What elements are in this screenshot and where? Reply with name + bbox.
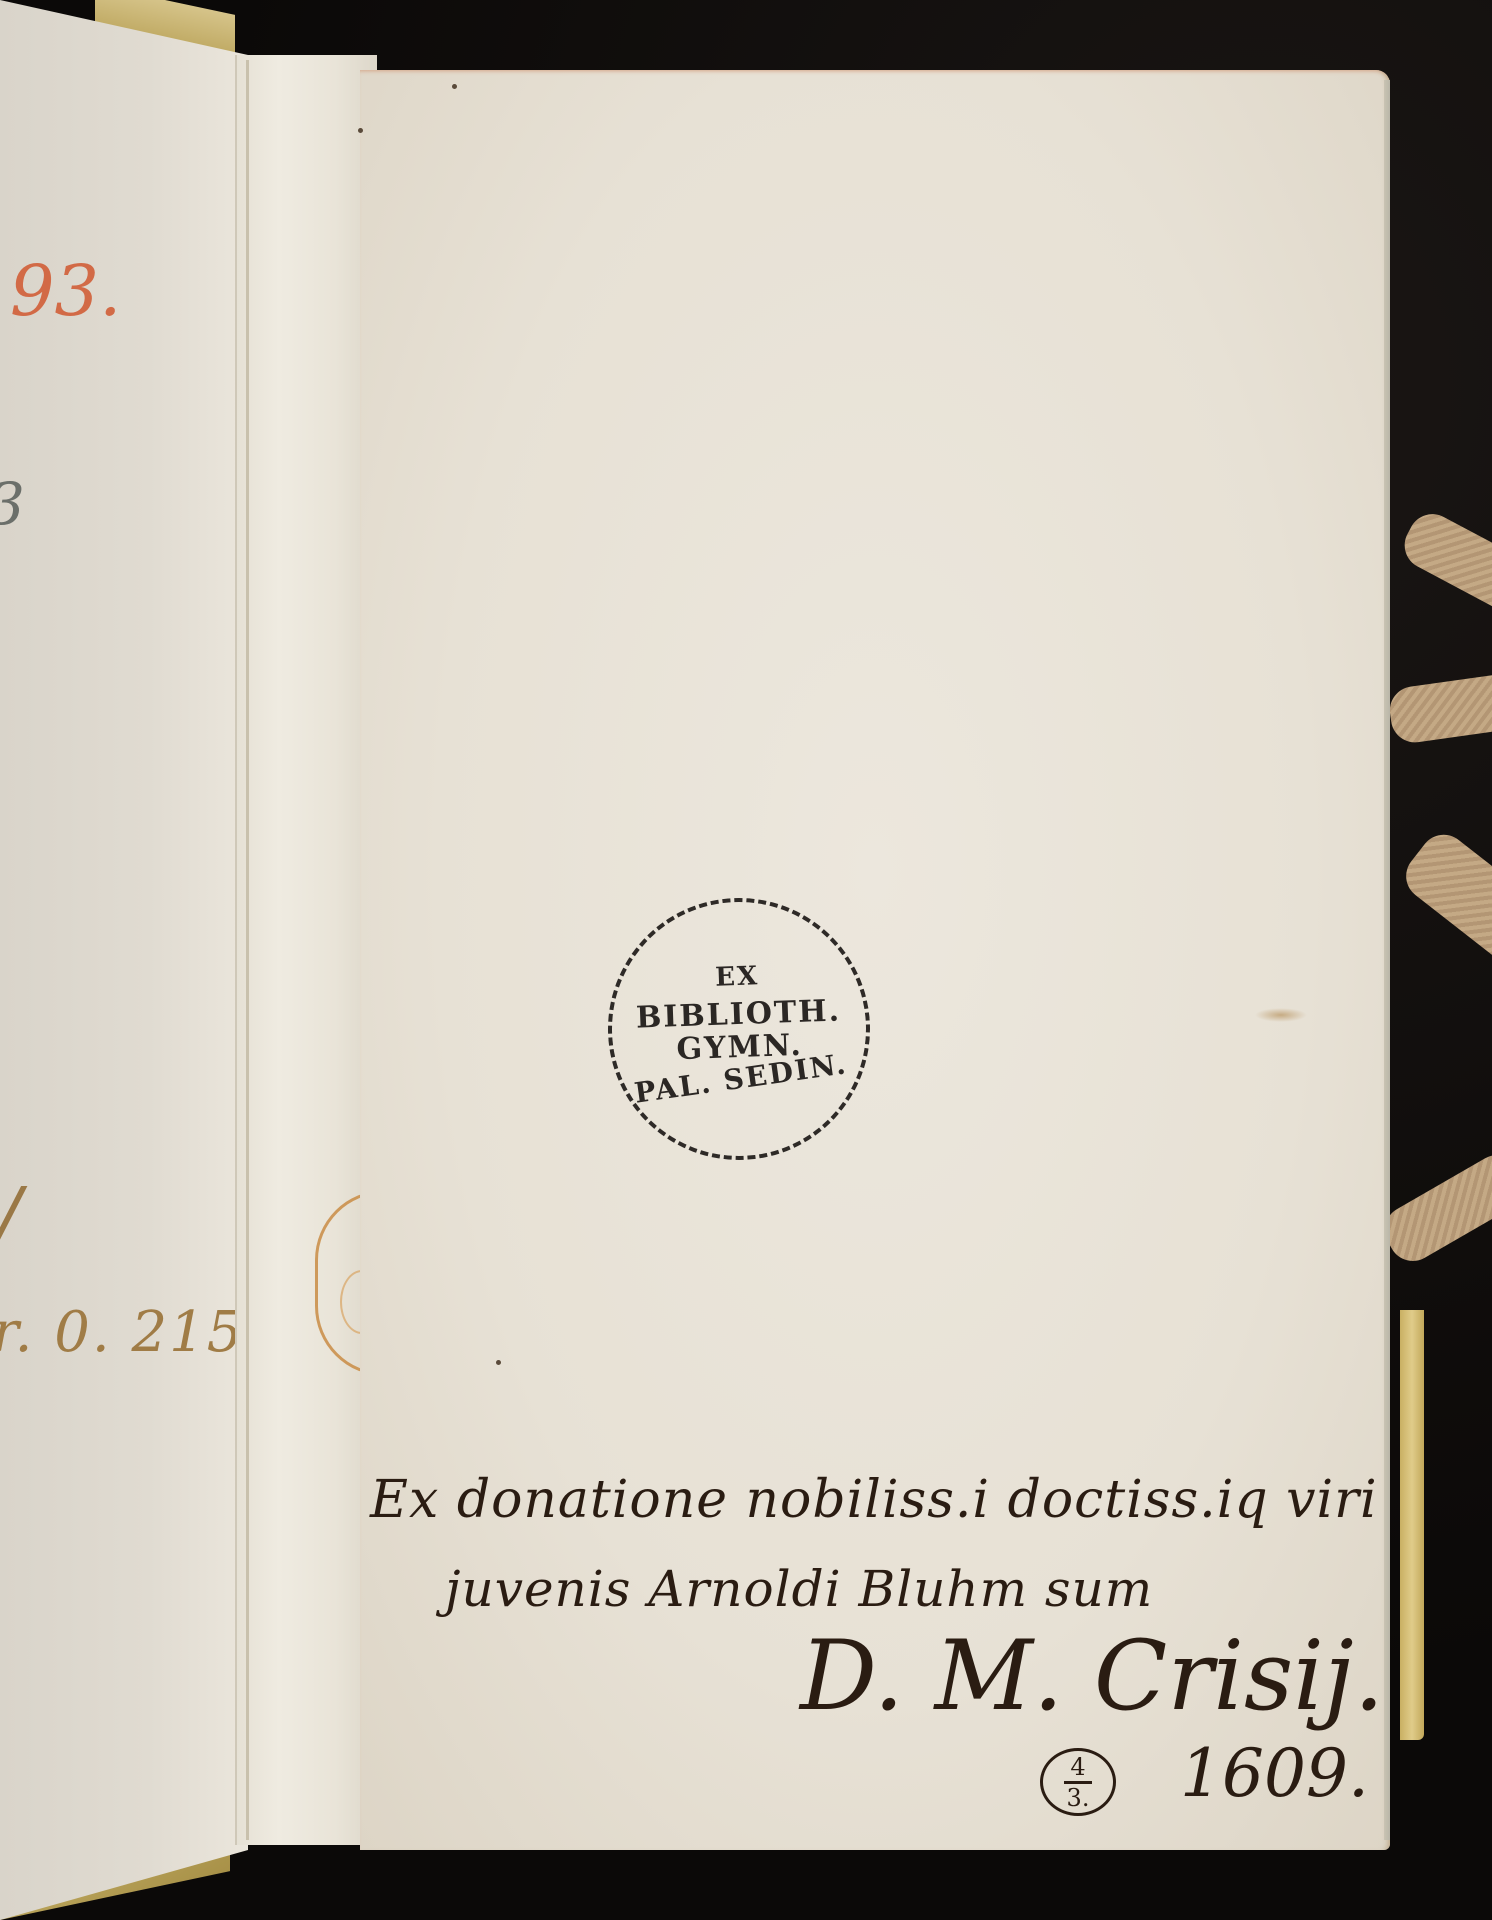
date-fraction-top: 4 [1070,1755,1085,1779]
page-block-edge [1384,80,1390,1840]
left-pastedown-page: 93. 3 / r. 0. 215. [0,0,248,1920]
ink-speck [496,1360,501,1365]
book-photograph: 93. 3 / r. 0. 215. EX BIBLIOTH. GYMN. PA… [0,0,1492,1920]
grey-pencil-mark: 3 [0,470,25,538]
vellum-cover-edge [1400,1310,1424,1740]
inscription-signature: D. M. Crisij. [800,1620,1384,1732]
ink-speck [358,128,363,133]
brown-shelfmark: r. 0. 215. [0,1300,264,1365]
red-shelfmark: 93. [10,250,121,332]
book-gutter [235,55,377,1845]
inscription-line-2: juvenis Arnoldi Bluhm sum [445,1560,1153,1618]
brown-ink-stroke: / [0,1170,21,1263]
date-fraction-bottom: 3. [1067,1786,1090,1810]
foxing-stain [1255,1008,1307,1022]
inscription-line-1: Ex donatione nobiliss.i doctiss.iq viri [370,1470,1378,1530]
stamp-line-biblioth: BIBLIOTH. [635,994,841,1034]
inscription-year: 1609. [1180,1735,1369,1812]
gutter-crease [246,60,249,1840]
date-fraction: 4 3. [1040,1748,1116,1816]
ink-speck [452,84,457,89]
stamp-line-ex: EX [715,963,760,993]
